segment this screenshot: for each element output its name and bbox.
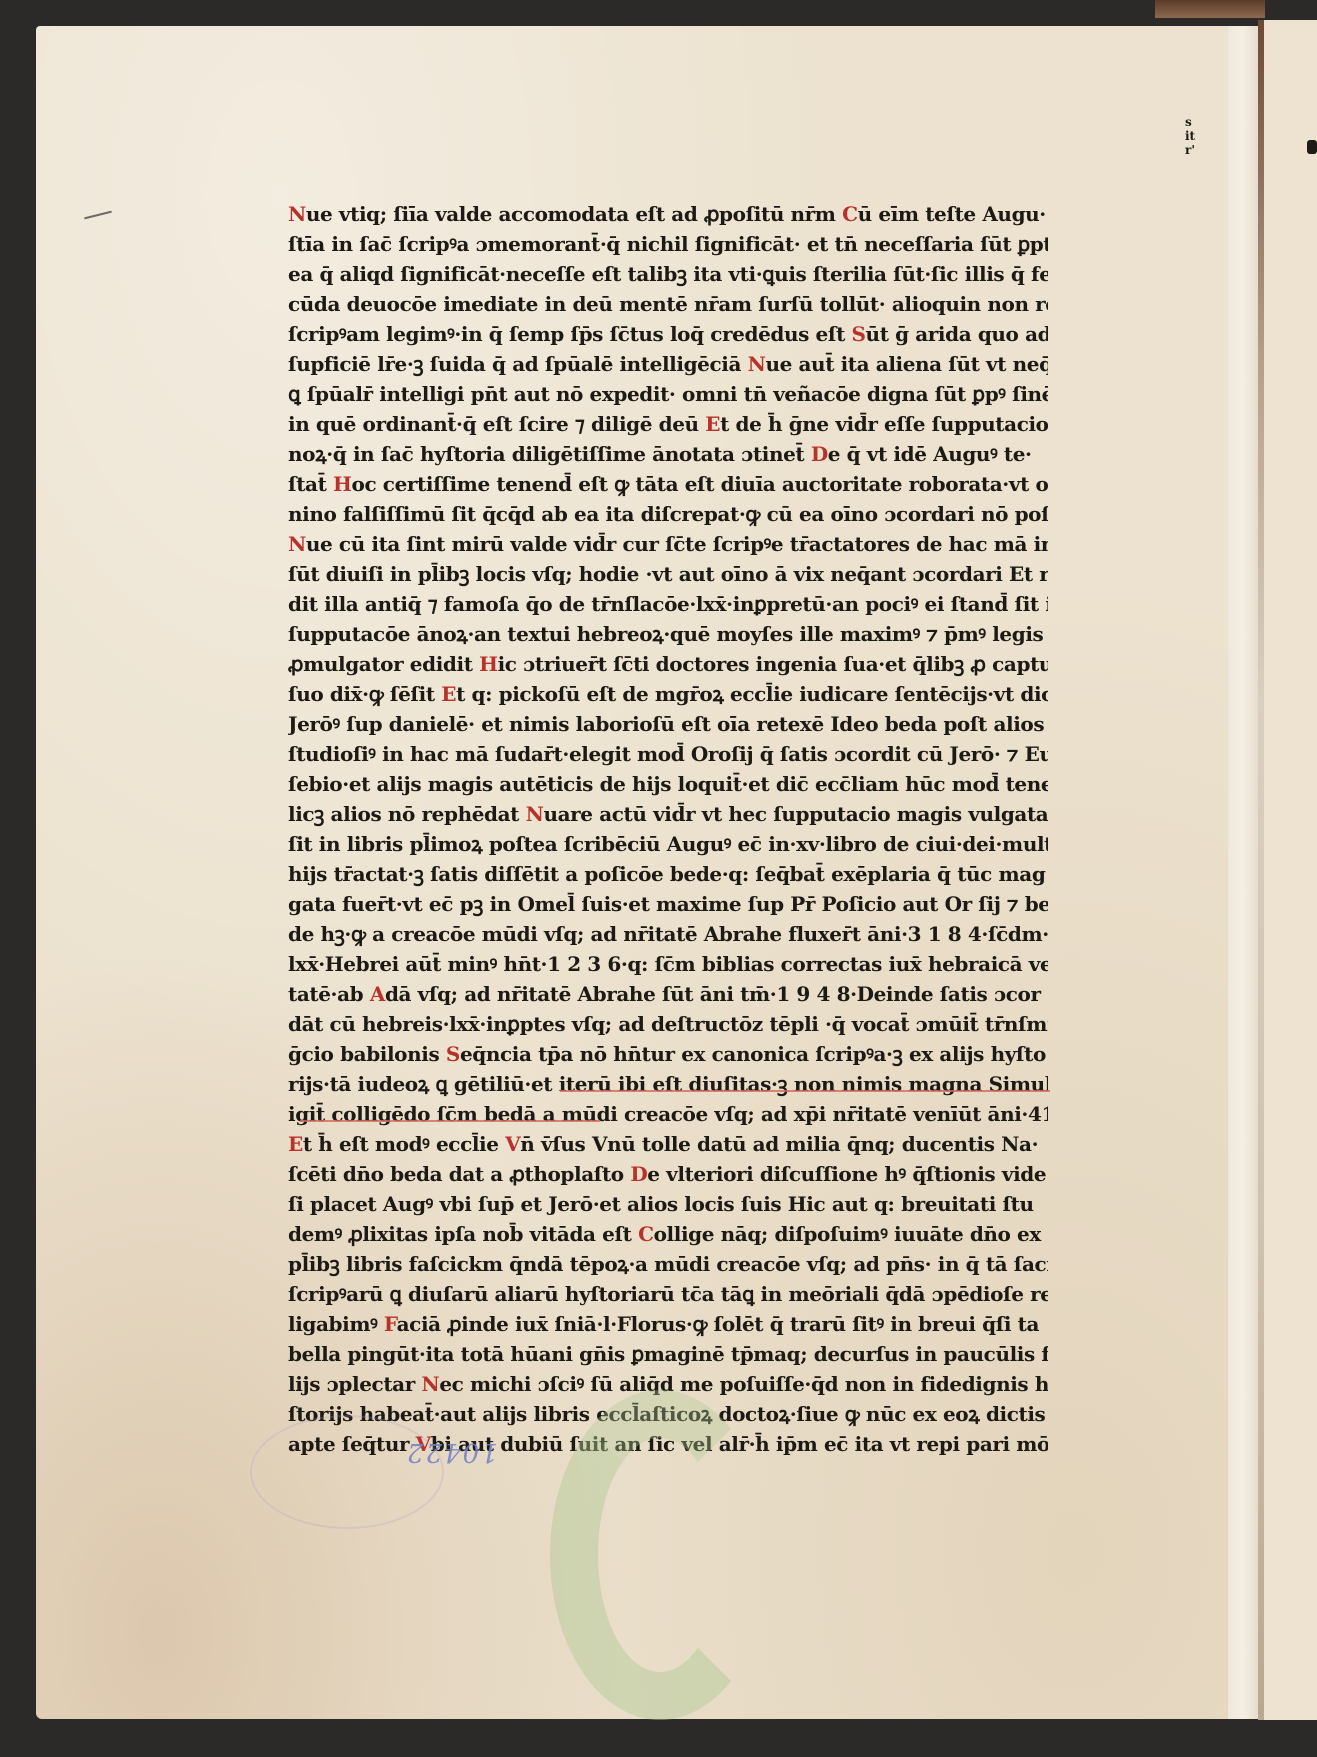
- bleed-line: s: [1185, 115, 1195, 129]
- rubricated-initial: E: [288, 1132, 303, 1156]
- text-line: ſtat̄ Hoc certiſſime tenend̄ eſt ꝙ tāta …: [288, 469, 1048, 499]
- rubricated-initial: V: [505, 1132, 520, 1156]
- text-line: ꝗ ſpūalr̄ intelligi pn̄t aut nō expedit·…: [288, 379, 1048, 409]
- bleed-line: it: [1185, 129, 1195, 143]
- text-line: ſtīa in ſac̄ ſcripꝰa ɔmemorant̄·q̄ nichi…: [288, 229, 1048, 259]
- text-line: ſupficiē lr̄e·ꝫ ſuida q̄ ad ſpūalē intel…: [288, 349, 1048, 379]
- rubric-underline: [300, 1120, 600, 1122]
- text-line: ligabimꝰ Faciā ꝓinde iux̄ ſniā·l·Florus·…: [288, 1309, 1048, 1339]
- text-line: demꝰ ꝓlixitas ipſa nob̄ vitāda eſt Colli…: [288, 1219, 1048, 1249]
- rubricated-initial: N: [526, 802, 544, 826]
- facing-page-ink-mark: [1307, 140, 1317, 154]
- text-line: ſūt diuiſi in pl̄ibꝫ locis vſq; hodie ·v…: [288, 559, 1048, 589]
- text-line: rijs·tā iudeoꝝ ꝗ gētiliū·et iterū ibi eſ…: [288, 1069, 1048, 1099]
- text-line: hijs tr̄actat·ꝫ ſatis diſſētit a poſicōe…: [288, 859, 1048, 889]
- text-line: ſcēti dn̄o beda dat a ꝓthoplaſto De vlte…: [288, 1159, 1048, 1189]
- text-line: Jerōꝰ ſup danielē· et nimis laborioſū eſ…: [288, 709, 1048, 739]
- gutter-repair-strip: [1228, 26, 1258, 1719]
- rubricated-initial: S: [446, 1042, 460, 1066]
- faint-stamp-ring: [250, 1415, 444, 1529]
- library-stamp: 10422: [405, 1437, 498, 1467]
- facing-page-edge: [1264, 20, 1317, 1720]
- rubricated-initial: E: [441, 682, 456, 706]
- rubricated-initial: H: [333, 472, 352, 496]
- text-line: dāt cū hebreis·lxx̄·inꝑptes vſq; ad deſt…: [288, 1009, 1048, 1039]
- text-line: Nue vtiq; ſiīa valde accomodata eſt ad ꝓ…: [288, 199, 1048, 229]
- text-line: Nue cū ita ſint mirū valde vid̄r cur ſc̄…: [288, 529, 1048, 559]
- text-line: lxx̄·Hebrei aūt̄ minꝰ hn̄t·1 2 3 6·q: ſc…: [288, 949, 1048, 979]
- text-line: igit̄ colligēdo ſc̄m bedā a mūdi creacōe…: [288, 1099, 1048, 1129]
- text-line: ſuo dix̄·ꝙ ſēſit Et q: pickoſū eſt de mg…: [288, 679, 1048, 709]
- rubricated-initial: D: [811, 442, 828, 466]
- text-line: ſebio·et alijs magis autēticis de hijs l…: [288, 769, 1048, 799]
- text-line: ſcripꝰam legimꝰ·in q̄ ſemp ſp̄s ſc̄tus l…: [288, 319, 1048, 349]
- text-line: gata fuer̄t·vt ec̄ pꝫ in Omel̄ ſuis·et m…: [288, 889, 1048, 919]
- green-stain: [550, 1390, 770, 1720]
- text-line: in quē ordinant̄·q̄ eſt ſcire ⁊ diligē d…: [288, 409, 1048, 439]
- text-line: licꝫ alios nō rephēdat Nuare actū vid̄r …: [288, 799, 1048, 829]
- printed-text-block: Nue vtiq; ſiīa valde accomodata eſt ad ꝓ…: [288, 199, 1048, 1459]
- rubric-underline: [560, 1090, 1050, 1092]
- rubricated-initial: N: [288, 202, 306, 226]
- text-line: ſcripꝰarū ꝗ diuſarū aliarū hyſtoriarū tc…: [288, 1279, 1048, 1309]
- text-line: de hꝫ·ꝙ a creacōe mūdi vſq; ad nr̄itatē …: [288, 919, 1048, 949]
- text-line: ea q̄ aliqd ſignificāt·neceſſe eſt talib…: [288, 259, 1048, 289]
- rubricated-initial: E: [705, 412, 720, 436]
- text-line: ſtudioſiꝰ in hac mā ſudar̄t·elegit mod̄ …: [288, 739, 1048, 769]
- text-line: ſupputacōe ānoꝝ·an textui hebreoꝝ·quē mo…: [288, 619, 1048, 649]
- paper-scratch: [84, 211, 112, 220]
- rubricated-initial: N: [748, 352, 766, 376]
- binding-edge: [1155, 0, 1265, 18]
- text-line: ꝓmulgator edidit Hic ɔtriuer̄t ſc̄ti doc…: [288, 649, 1048, 679]
- bleed-line: r': [1185, 143, 1195, 157]
- text-line: ſi placet Augꝰ vbi ſup̄ et Jerō·et alios…: [288, 1189, 1048, 1219]
- rubricated-initial: N: [288, 532, 306, 556]
- text-line: ḡcio babilonis Seq̄ncia tp̄a nō hn̄tur e…: [288, 1039, 1048, 1069]
- text-line: dit illa antiq̄ ⁊ famoſa q̄o de tr̄nſlac…: [288, 589, 1048, 619]
- rubricated-initial: D: [630, 1162, 647, 1186]
- text-line: cūda deuocōe imediate in deū mentē nr̄am…: [288, 289, 1048, 319]
- text-line: tatē·ab Adā vſq; ad nr̄itatē Abrahe ſūt …: [288, 979, 1048, 1009]
- bleed-through-text: s it r': [1185, 115, 1195, 157]
- text-line: nino falſiſſimū ſit q̄cq̄d ab ea ita diſ…: [288, 499, 1048, 529]
- rubricated-initial: A: [370, 982, 385, 1006]
- rubricated-initial: H: [479, 652, 498, 676]
- rubricated-initial: F: [384, 1312, 397, 1336]
- text-line: ſit in libris pl̄imoꝝ poſtea ſcribēciū A…: [288, 829, 1048, 859]
- text-line: Et h̄ eſt modꝰ eccl̄ie Vn̄ v̄ſus Vnū tol…: [288, 1129, 1048, 1159]
- rubricated-initial: N: [421, 1372, 439, 1396]
- text-line: bella pingūt·ita totā hūani gn̄is ꝑmagin…: [288, 1339, 1048, 1369]
- text-line: pl̄ibꝫ libris faſcickm q̄ndā tēpoꝝ·a mūd…: [288, 1249, 1048, 1279]
- text-line: noꝝ·q̄ in ſac̄ hyſtoria diligētiſſime ān…: [288, 439, 1048, 469]
- rubricated-initial: C: [842, 202, 858, 226]
- rubricated-initial: S: [852, 322, 866, 346]
- rubricated-initial: C: [638, 1222, 654, 1246]
